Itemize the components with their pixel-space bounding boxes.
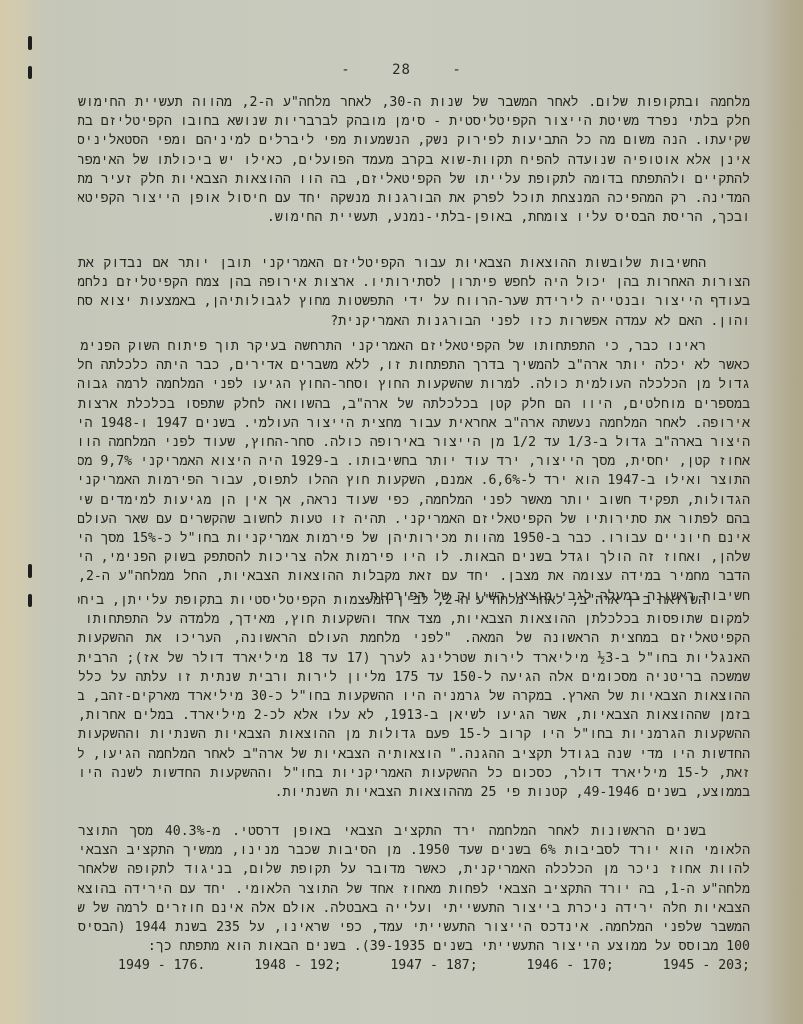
text-line: בממוצע, בשנים 49-1946, קטנות פי 25 מההוצ… <box>78 783 750 802</box>
text-line: מלחה"ע ה-1, בה יורד התקציב הצבאי לפחות מ… <box>78 880 750 899</box>
text-line: המדינה. רק המהפיכה המנצחת תוכל לפרק את ה… <box>78 189 750 208</box>
page-number-dash: - <box>341 62 350 78</box>
index-entry: 1947 - 187; <box>390 956 477 975</box>
text-line: 100 מבוסס על ממוצע הייצור התעשייתי בשנים… <box>78 937 750 956</box>
text-line: היצור בארה"ב גדול ב-1/3 עד 1/2 מן הייצור… <box>78 433 750 452</box>
index-entry: 1949 - 176. <box>118 956 205 975</box>
text-line: הלאומי הוא יורד לסביבות 6% בשנים שעד 195… <box>78 841 750 860</box>
page-number-value: 28 <box>392 62 411 78</box>
text-line: למקום שתופסות בכלכלתן ההוצאות הצבאיות, מ… <box>78 610 750 629</box>
text-line: החדשות היו מדי שנה בגודל תקציב ההגנה." ה… <box>78 745 750 764</box>
text-line: שקיעתו. הנה משום מה כל התביעות לפירוק נש… <box>78 131 750 150</box>
text-line: ההשקעות הגרמניות בחו"ל היו קרוב ל-15 פעם… <box>78 725 750 744</box>
binding-hole-mark <box>28 36 32 50</box>
text-line: התוצר ואילו ב-1947 הוא ירד ל-6,6%. אמנם,… <box>78 471 750 490</box>
text-line: החשיבות שלובשות ההוצאות הצבאיות עבור הקפ… <box>78 254 750 273</box>
paragraph-3: ראינו כבר, כי התפתחותו של הקפיטאליזם האמ… <box>78 337 750 606</box>
page-number: - 28 - <box>0 62 803 78</box>
text-line: הדבר מחמיר במידה עצומה את מצבן. יחד עם ז… <box>78 567 750 586</box>
text-line: בעודף הייצור ובנטייה לירידת שער-הרווח על… <box>78 292 750 311</box>
text-line: בהם לפתור את סתירותיו של הקפיטאליזם האמר… <box>78 510 750 529</box>
text-line: אחוז קטן, יחסית, מסך הייצור, ירד עוד יות… <box>78 452 750 471</box>
text-line: האנגליות בחו"ל ב-3½ מיליארד לירות שטרלינ… <box>78 649 750 668</box>
text-line: בשנים הראשונות לאחר המלחמה ירד התקציב הצ… <box>78 822 750 841</box>
text-line: השוואה בין ארה"ב, לאחר מלחה"ע ה-2, לבין … <box>78 591 750 610</box>
binding-hole-mark <box>28 594 32 607</box>
text-line: ובכך, הריסת הבסיס עליו צומחת, באופן-בלתי… <box>78 208 750 227</box>
text-line: שלהן, ואחוז זה הולך וגדל בשנים הבאות. לו… <box>78 548 750 567</box>
index-entry: 1948 - 192; <box>254 956 341 975</box>
text-line: זאת, ל-15 מיליארד דולר, כסכום כל ההשקעות… <box>78 764 750 783</box>
text-line: ראינו כבר, כי התפתחותו של הקפיטאליזם האמ… <box>78 337 750 356</box>
industrial-index-series: 1945 - 203;1946 - 170;1947 - 187;1948 - … <box>78 956 750 975</box>
paragraph-5: בשנים הראשונות לאחר המלחמה ירד התקציב הצ… <box>78 822 750 976</box>
text-line: בזמן שההוצאות הצבאיות, אשר הגיעו לשיאן ב… <box>78 706 750 725</box>
text-line: להוות אחוז ניכר מן הכלכלה האמריקנית, כאש… <box>78 860 750 879</box>
binding-hole-mark <box>28 564 32 578</box>
text-line: הצורות האחרות בהן יכול היה לחפש פיתרון ל… <box>78 273 750 292</box>
text-line: כאשר לא יכלה יותר ארה"ב להמשיך בדרך התפת… <box>78 356 750 375</box>
text-line: הגדולות, תפקיד חשוב יותר מאשר לפני המלחמ… <box>78 491 750 510</box>
text-line: ההוצאות הצבאיות של הארץ. במקרה של גרמניה… <box>78 687 750 706</box>
text-line: שמשכה בריטניה מסכומים אלה הגיעה ל-150 עד… <box>78 668 750 687</box>
text-line: במספרים מוחלטים, היוו הם חלק קטן בכלכלתה… <box>78 395 750 414</box>
text-line: אירופה. לאחר המלחמה נעשתה ארה"ב אחראית ע… <box>78 414 750 433</box>
scanned-page: - 28 - מלחמה ובתקופות שלום. לאחר המשבר ש… <box>0 0 803 1024</box>
text-line: הקפיטאליזם במחצית הראשונה של המאה. "לפני… <box>78 629 750 648</box>
page-number-dash: - <box>452 62 461 78</box>
text-line: הצבאיות חלה ירידה ניכרת בייצור התעשייתי … <box>78 899 750 918</box>
text-line: המשבר שלפני המלחמה. אינדכס הייצור התעשיי… <box>78 918 750 937</box>
text-line: אינם חיוניים עבורו. כבר ב-1950 מהוות מכי… <box>78 529 750 548</box>
paragraph-4: השוואה בין ארה"ב, לאחר מלחה"ע ה-2, לבין … <box>78 591 750 802</box>
text-line: והון. האם לא עמדה אפשרות כזו לפני הבורגנ… <box>78 312 750 331</box>
text-line: גדול מן הכלכלה העולמית כולה. למרות שהשקע… <box>78 375 750 394</box>
paragraph-1: מלחמה ובתקופות שלום. לאחר המשבר של שנות … <box>78 93 750 227</box>
text-line: מלחמה ובתקופות שלום. לאחר המשבר של שנות … <box>78 93 750 112</box>
index-entry: 1945 - 203; <box>663 956 750 975</box>
text-line: להתקיים ולהתפתח בדומה לתקופת עלייתו של ה… <box>78 170 750 189</box>
paragraph-2: החשיבות שלובשות ההוצאות הצבאיות עבור הקפ… <box>78 254 750 331</box>
text-line: אינן אלא אוטופיה שנועדה להפיח תקוות-שוא … <box>78 151 750 170</box>
text-line: חלק בלתי נפרד משיטת הייצור הקפיטליסטית -… <box>78 112 750 131</box>
index-entry: 1946 - 170; <box>527 956 614 975</box>
